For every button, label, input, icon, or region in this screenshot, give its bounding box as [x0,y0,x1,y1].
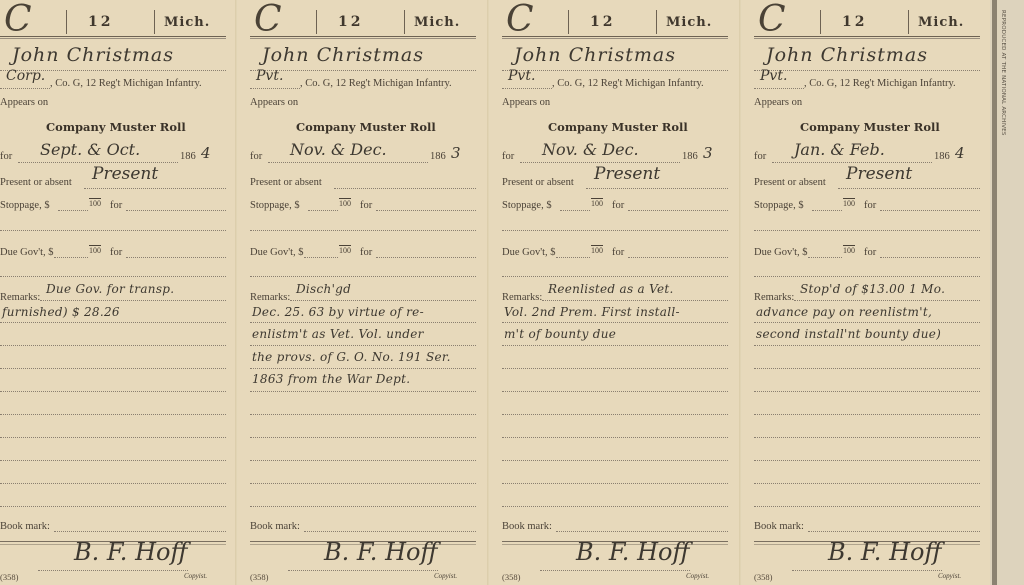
year-prefix: 186 [934,151,950,162]
remarks-line [502,322,728,323]
year-suffix: 4 [955,144,965,162]
state-abbrev: Mich. [414,15,460,30]
header-rule [250,36,476,37]
remarks-line [250,322,476,323]
card-divider [235,0,238,585]
remarks-label: Remarks: [250,292,290,303]
remarks-line [502,506,728,507]
archive-edge-bar [992,0,997,585]
remarks-line [754,414,980,415]
regiment-line: , Co. G, 12 Reg't Michigan Infantry. [50,78,202,89]
rank-line [250,88,300,89]
due-for: for [110,247,122,258]
header-rule-thin [250,38,476,39]
due-for-line [126,257,226,258]
rank-line [754,88,804,89]
stoppage-label: Stoppage, $ [0,200,50,211]
header-rule-thin [502,38,728,39]
copyist-label: Copyist. [184,572,207,580]
regiment-line: , Co. G, 12 Reg't Michigan Infantry. [300,78,452,89]
rank: Corp. [6,68,45,84]
due-for: for [360,247,372,258]
roll-title: Company Muster Roll [548,120,688,134]
for-label: for [502,151,514,162]
blank-line [502,276,728,277]
blank-line [0,276,226,277]
blank-line [0,230,226,231]
remarks-line [754,368,980,369]
form-number: (358) [0,572,18,582]
copyist-label: Copyist. [434,572,457,580]
book-mark-label: Book mark: [754,521,804,532]
copyist-label: Copyist. [686,572,709,580]
header-divider [656,10,657,34]
appears-on-label: Appears on [0,97,48,108]
signature-line [288,570,438,571]
book-mark-label: Book mark: [250,521,300,532]
remarks-line [754,483,980,484]
remarks-line [250,437,476,438]
due-for: for [612,247,624,258]
for-label: for [0,151,12,162]
remarks-line [250,345,476,346]
present-absent-label: Present or absent [250,177,322,188]
archive-stamp: REPRODUCED AT THE NATIONAL ARCHIVES [1000,10,1006,136]
remarks-text: Reenlisted as a Vet. [548,282,674,296]
soldier-name: John Christmas [514,44,676,66]
remarks-text: furnished) $ 28.26 [2,305,120,319]
remarks-text: Vol. 2nd Prem. First install- [504,305,680,319]
signature-line [792,570,942,571]
remarks-line [502,345,728,346]
remarks-line [0,391,226,392]
remarks-line [794,300,980,301]
stoppage-for: for [864,200,876,211]
year-prefix: 186 [180,151,196,162]
rank: Pvt. [760,68,787,84]
remarks-line [0,506,226,507]
appears-on-label: Appears on [754,97,802,108]
due-govt-label: Due Gov't, $ [0,247,54,258]
due-govt-label: Due Gov't, $ [250,247,304,258]
stoppage-cents: 100 [843,199,855,208]
remarks-line [502,483,728,484]
due-cents: 100 [89,246,101,255]
name-line [754,70,980,71]
remarks-label: Remarks: [502,292,542,303]
form-number: (358) [250,572,268,582]
company-letter: C [758,2,786,38]
remarks-line [502,368,728,369]
header-divider [568,10,569,34]
soldier-name: John Christmas [766,44,928,66]
presence-line [84,188,226,189]
remarks-line [502,414,728,415]
header-rule-thin [754,38,980,39]
remarks-line [250,483,476,484]
remarks-line [250,368,476,369]
due-cents: 100 [339,246,351,255]
company-letter: C [254,2,282,38]
state-abbrev: Mich. [666,15,712,30]
stoppage-for: for [612,200,624,211]
form-number: (358) [502,572,520,582]
due-for-line [376,257,476,258]
remarks-line [0,368,226,369]
remarks-text: second install'nt bounty due) [756,327,941,341]
remarks-line [502,437,728,438]
rank-line [0,88,50,89]
header-divider [404,10,405,34]
remarks-line [250,506,476,507]
stoppage-for-line [880,210,980,211]
company-letter: C [4,2,32,38]
remarks-text: enlistm't as Vet. Vol. under [252,327,424,341]
regiment-line: , Co. G, 12 Reg't Michigan Infantry. [804,78,956,89]
due-line [54,257,88,258]
remarks-line [0,483,226,484]
presence-line [838,188,980,189]
remarks-line [754,506,980,507]
header-divider [316,10,317,34]
blank-line [502,230,728,231]
period-line [772,162,932,163]
remarks-text: 1863 from the War Dept. [252,372,410,386]
book-mark-line [304,531,476,532]
stoppage-label: Stoppage, $ [250,200,300,211]
header-rule [0,36,226,37]
remarks-label: Remarks: [754,292,794,303]
roll-title: Company Muster Roll [296,120,436,134]
remarks-text: Disch'gd [296,282,351,296]
due-govt-label: Due Gov't, $ [754,247,808,258]
regiment-number: 12 [338,14,363,30]
remarks-line [502,391,728,392]
presence-value: Present [92,164,158,184]
due-cents: 100 [843,246,855,255]
rank: Pvt. [508,68,535,84]
for-label: for [250,151,262,162]
copyist-signature: B. F. Hoff [576,538,689,566]
remarks-line [40,300,226,301]
remarks-text: Due Gov. for transp. [46,282,174,296]
stoppage-for: for [360,200,372,211]
header-rule-thin [0,38,226,39]
period-line [18,162,178,163]
stoppage-cents: 100 [591,199,603,208]
stoppage-line [308,210,338,211]
stoppage-line [812,210,842,211]
company-letter: C [506,2,534,38]
period-line [268,162,428,163]
state-abbrev: Mich. [164,15,210,30]
remarks-text: Stop'd of $13.00 1 Mo. [800,282,945,296]
regiment-number: 12 [842,14,867,30]
book-mark-label: Book mark: [502,521,552,532]
blank-line [250,230,476,231]
remarks-line [754,460,980,461]
stoppage-label: Stoppage, $ [754,200,804,211]
roll-title: Company Muster Roll [46,120,186,134]
remarks-line [754,391,980,392]
copyist-signature: B. F. Hoff [74,538,187,566]
appears-on-label: Appears on [502,97,550,108]
stoppage-for: for [110,200,122,211]
remarks-line [502,460,728,461]
header-divider [66,10,67,34]
period: Nov. & Dec. [542,140,639,159]
name-line [250,70,476,71]
book-mark-line [556,531,728,532]
rank-line [502,88,552,89]
remarks-line [0,460,226,461]
due-for: for [864,247,876,258]
due-line [304,257,338,258]
header-rule [502,36,728,37]
signature-line [38,570,188,571]
period: Sept. & Oct. [40,140,140,159]
regiment-number: 12 [88,14,113,30]
blank-line [250,276,476,277]
stoppage-line [58,210,88,211]
present-absent-label: Present or absent [502,177,574,188]
remarks-line [754,437,980,438]
soldier-name: John Christmas [12,44,174,66]
header-rule [754,36,980,37]
muster-roll-cards: C12Mich.John ChristmasCorp., Co. G, 12 R… [0,0,1024,585]
copyist-signature: B. F. Hoff [828,538,941,566]
regiment-number: 12 [590,14,615,30]
remarks-text: advance pay on reenlistm't, [756,305,932,319]
year-suffix: 3 [451,144,461,162]
form-number: (358) [754,572,772,582]
present-absent-label: Present or absent [0,177,72,188]
name-line [502,70,728,71]
stoppage-cents: 100 [339,199,351,208]
book-mark-line [54,531,226,532]
remarks-line [754,322,980,323]
remarks-line [0,345,226,346]
remarks-line [250,391,476,392]
book-mark-label: Book mark: [0,521,50,532]
header-divider [820,10,821,34]
copyist-label: Copyist. [938,572,961,580]
blank-line [754,230,980,231]
presence-value: Present [594,164,660,184]
due-cents: 100 [591,246,603,255]
year-prefix: 186 [430,151,446,162]
present-absent-label: Present or absent [754,177,826,188]
year-prefix: 186 [682,151,698,162]
period-line [520,162,680,163]
remarks-line [754,345,980,346]
remarks-text: m't of bounty due [504,327,616,341]
stoppage-for-line [628,210,728,211]
header-divider [908,10,909,34]
regiment-line: , Co. G, 12 Reg't Michigan Infantry. [552,78,704,89]
stoppage-label: Stoppage, $ [502,200,552,211]
remarks-line [250,460,476,461]
state-abbrev: Mich. [918,15,964,30]
remarks-line [0,414,226,415]
remarks-text: Dec. 25. 63 by virtue of re- [252,305,424,319]
card-divider [739,0,742,585]
blank-line [754,276,980,277]
stoppage-for-line [126,210,226,211]
stoppage-cents: 100 [89,199,101,208]
due-for-line [628,257,728,258]
header-divider [154,10,155,34]
soldier-name: John Christmas [262,44,424,66]
remarks-line [542,300,728,301]
signature-line [540,570,690,571]
remarks-line [250,414,476,415]
card-divider [487,0,490,585]
appears-on-label: Appears on [250,97,298,108]
remarks-line [290,300,476,301]
stoppage-line [560,210,590,211]
presence-line [334,188,476,189]
year-suffix: 3 [703,144,713,162]
copyist-signature: B. F. Hoff [324,538,437,566]
due-for-line [880,257,980,258]
due-govt-label: Due Gov't, $ [502,247,556,258]
due-line [808,257,842,258]
roll-title: Company Muster Roll [800,120,940,134]
remarks-line [0,322,226,323]
remarks-text: the provs. of G. O. No. 191 Ser. [252,350,451,364]
rank: Pvt. [256,68,283,84]
remarks-label: Remarks: [0,292,40,303]
period: Nov. & Dec. [290,140,387,159]
presence-line [586,188,728,189]
year-suffix: 4 [201,144,211,162]
period: Jan. & Feb. [794,140,885,159]
stoppage-for-line [376,210,476,211]
remarks-line [0,437,226,438]
for-label: for [754,151,766,162]
presence-value: Present [846,164,912,184]
book-mark-line [808,531,980,532]
due-line [556,257,590,258]
